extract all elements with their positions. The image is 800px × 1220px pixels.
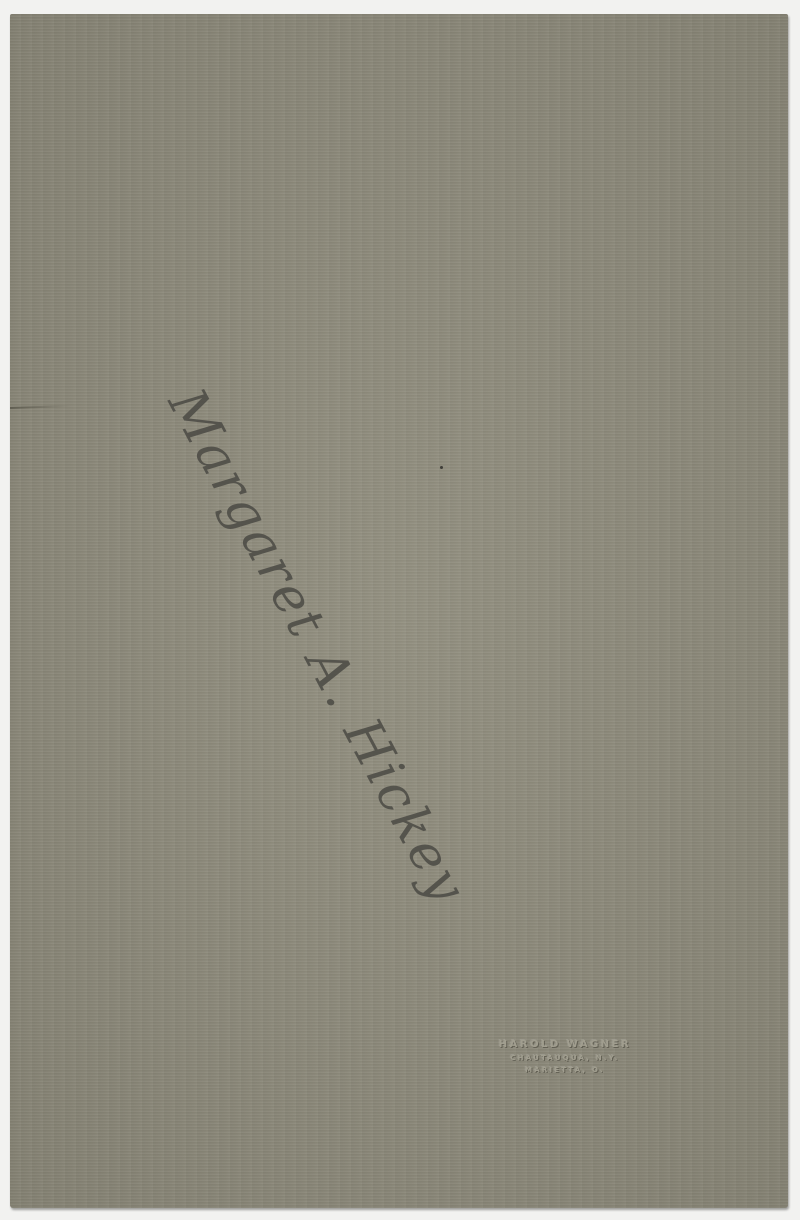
card-crease [10,405,70,409]
photo-mount-card: Margaret A. Hickey HAROLD WAGNER CHAUTAU… [10,14,788,1208]
photographer-embossed-stamp: HAROLD WAGNER CHAUTAUQUA, N.Y. MARIETTA,… [480,1039,650,1074]
stamp-location-1: CHAUTAUQUA, N.Y. [480,1054,650,1062]
handwritten-signature: Margaret A. Hickey [10,14,788,1208]
stamp-location-2: MARIETTA, O. [480,1066,650,1074]
signature-text: Margaret A. Hickey [156,379,478,914]
pencil-mark [440,466,443,469]
stamp-studio-name: HAROLD WAGNER [480,1039,650,1050]
